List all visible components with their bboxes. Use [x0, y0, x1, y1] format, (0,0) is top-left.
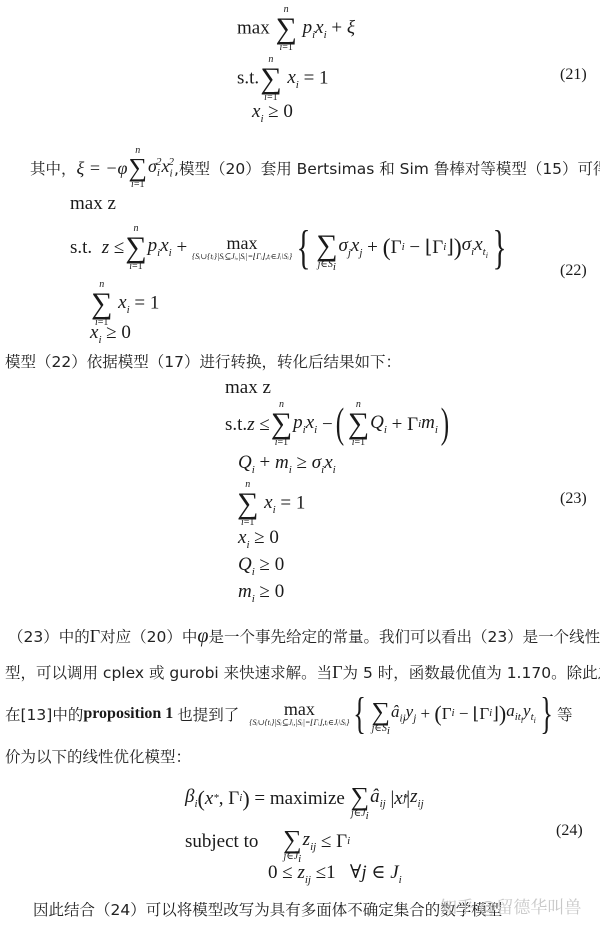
eq21-nonneg: xi ≥ 0	[252, 102, 293, 125]
equation-number-21: (21)	[560, 66, 587, 84]
paragraph-xi-definition: 其中， ξ = −φ n∑i=1 σi2xi2 ,模型（20）套用 Bertsi…	[30, 146, 600, 190]
watermark: 知乎 @留德华叫兽	[440, 893, 581, 918]
proposition-label: proposition 1	[83, 706, 173, 722]
eq23-constraint-main: s.t.z ≤ n∑i=1 pixi − ( n∑i=1 Qi + Γimi )	[225, 400, 452, 448]
st-label: s.t.	[225, 415, 247, 434]
text: （23）中的	[8, 625, 90, 647]
eq21-constraint-sum: s.t.n∑i=1 xi = 1	[237, 55, 329, 103]
eq23-objective: max z	[225, 378, 271, 397]
st-label: s.t.	[237, 67, 259, 88]
summation-symbol: n∑i=1	[128, 146, 147, 190]
eq23-q-m-constraint: Qi + mi ≥ σixi	[238, 453, 336, 476]
text: 其中，	[30, 157, 77, 179]
paragraph-line-1: （23）中的 Γ 对应（20）中 φ 是一个事先给定的常量。我们可以看出（23）…	[8, 625, 600, 647]
text: ,模型（20）套用 Bertsimas 和 Sim 鲁棒对等模型（15）可得到：	[174, 157, 600, 179]
right-paren: )	[441, 403, 449, 445]
summation-symbol: n∑i=1	[260, 55, 281, 103]
max-z: max z	[70, 193, 116, 214]
phi-symbol: φ	[197, 626, 208, 646]
right-brace: }	[540, 692, 553, 736]
eq24-constraint: subject to ∑j∈Ji zij ≤ Γi	[185, 818, 350, 865]
equation-number-22: (22)	[560, 262, 587, 280]
summation-symbol: ∑j∈Si	[316, 222, 337, 273]
max-operator: max	[237, 17, 270, 38]
eq23-constraint-sum: n∑i=1 xi = 1	[236, 480, 305, 528]
text: 是一个事先给定的常量。我们可以看出（23）是一个线性模	[208, 625, 600, 647]
left-paren: (	[336, 403, 344, 445]
max-operator: max{Sᵢ∪{tᵢ}|Sᵢ⊆Jᵢ,|Sᵢ|=⌊Γᵢ⌋,tᵢ∈Jᵢ\Sᵢ}	[249, 700, 349, 728]
maximize-label: maximize	[270, 789, 345, 808]
eq22-nonneg: xi ≥ 0	[90, 323, 131, 346]
text: 等	[557, 703, 573, 725]
gamma-symbol: Γ	[332, 663, 342, 681]
max-operator: max{Sᵢ∪{tᵢ}|Sᵢ⊆Jᵢ,|Sᵢ|=⌊Γᵢ⌋,tᵢ∈Jᵢ\Sᵢ}	[192, 234, 292, 262]
text: 型，可以调用 cplex 或 gurobi 来快速求解。当	[5, 661, 332, 683]
text: 在[13]中的	[5, 703, 83, 725]
eq23-m-nonneg: mi ≥ 0	[238, 582, 284, 605]
summation-symbol: ∑j∈Ji	[283, 818, 302, 865]
eq22-constraint-sum: n∑i=1 xi = 1	[90, 280, 159, 328]
paragraph-line-2: 型，可以调用 cplex 或 gurobi 来快速求解。当 Γ 为 5 时，函数…	[5, 661, 600, 683]
summation-symbol: n∑i=1	[91, 280, 112, 328]
text: 为 5 时，函数最优值为 1.170。除此之外，	[343, 661, 600, 683]
gamma-symbol: Γ	[90, 627, 100, 645]
equals-one: = 1	[304, 67, 329, 88]
paragraph-line-4: 价为以下的线性优化模型：	[5, 745, 191, 767]
eq23-q-nonneg: Qi ≥ 0	[238, 555, 284, 578]
subject-to-label: subject to	[185, 832, 258, 851]
eq24-bounds: 0 ≤ zij ≤1 ∀j ∈ Ji	[268, 863, 402, 886]
equation-number-24: (24)	[556, 822, 583, 840]
summation-symbol: n∑i=1	[237, 480, 258, 528]
xi-symbol: ξ	[347, 17, 355, 38]
eq24-objective: βi(x*, Γi) = maximize ∑j∈Ji âij |x*j|zij	[185, 775, 424, 822]
inline-max-expression: max{Sᵢ∪{tᵢ}|Sᵢ⊆Jᵢ,|Sᵢ|=⌊Γᵢ⌋,tᵢ∈Jᵢ\Sᵢ} { …	[249, 690, 557, 737]
paragraph-line-3: 在[13]中的 proposition 1 也提到了 max{Sᵢ∪{tᵢ}|S…	[5, 690, 573, 737]
text: 对应（20）中	[100, 625, 197, 647]
nonneg-text: ≥ 0	[268, 101, 293, 122]
max-z: max z	[225, 377, 271, 398]
summation-symbol: ∑j∈Ji	[351, 775, 370, 822]
summation-symbol: n∑i=1	[271, 400, 292, 448]
eq23-x-nonneg: xi ≥ 0	[238, 528, 279, 551]
eq22-constraint-main: s.t. z ≤ n∑i=1 pixi + max{Sᵢ∪{tᵢ}|Sᵢ⊆Jᵢ,…	[70, 222, 511, 273]
left-brace: {	[354, 692, 367, 736]
right-brace: }	[493, 224, 507, 272]
paragraph-conclusion: 因此结合（24）可以将模型改写为具有多面体不确定集合的数学模型	[33, 898, 502, 920]
summation-symbol: n∑i=1	[348, 400, 369, 448]
summation-symbol: ∑j∈Si	[372, 690, 391, 737]
left-brace: {	[297, 224, 311, 272]
eq22-objective: max z	[70, 194, 116, 213]
paragraph-transform: 模型（22）依据模型（17）进行转换，转化后结果如下：	[5, 350, 401, 372]
xi-definition: ξ = −φ	[77, 159, 128, 177]
text: 也提到了	[177, 703, 239, 725]
eq21-objective: max n∑i=1 pixi + ξ	[237, 5, 355, 53]
equation-number-23: (23)	[560, 490, 587, 508]
st-label: s.t.	[70, 238, 92, 257]
summation-symbol: n∑i=1	[275, 5, 296, 53]
summation-symbol: n∑i=1	[125, 224, 146, 272]
